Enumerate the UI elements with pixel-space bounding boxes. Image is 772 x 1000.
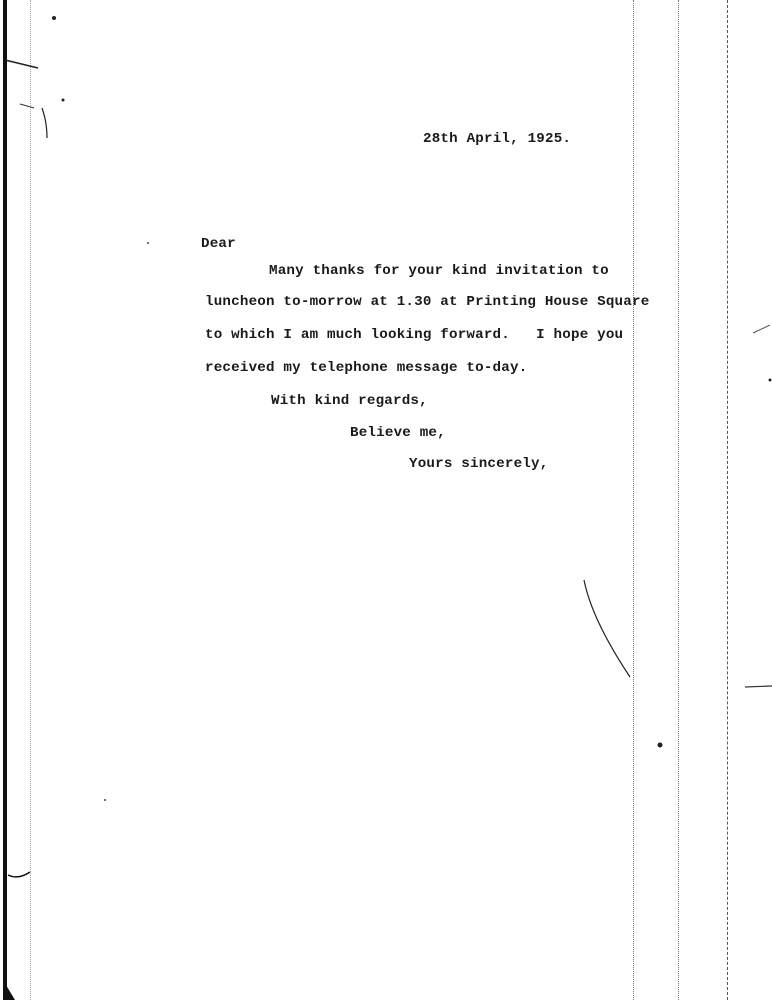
letter-body-line: received my telephone message to-day.	[205, 360, 527, 376]
letter-body-line: Many thanks for your kind invitation to	[269, 263, 609, 279]
letter-closing-regards: With kind regards,	[271, 393, 428, 409]
letter-closing-believe: Believe me,	[350, 425, 446, 441]
letter-body-line: luncheon to-morrow at 1.30 at Printing H…	[205, 294, 649, 310]
letter-date: 28th April, 1925.	[423, 131, 571, 147]
letter-salutation: Dear	[201, 236, 236, 252]
scan-marks	[0, 0, 772, 1000]
scanned-letter-page: 28th April, 1925. Dear Many thanks for y…	[0, 0, 772, 1000]
letter-closing-sincerely: Yours sincerely,	[409, 456, 548, 472]
letter-body-line: to which I am much looking forward. I ho…	[205, 327, 623, 343]
